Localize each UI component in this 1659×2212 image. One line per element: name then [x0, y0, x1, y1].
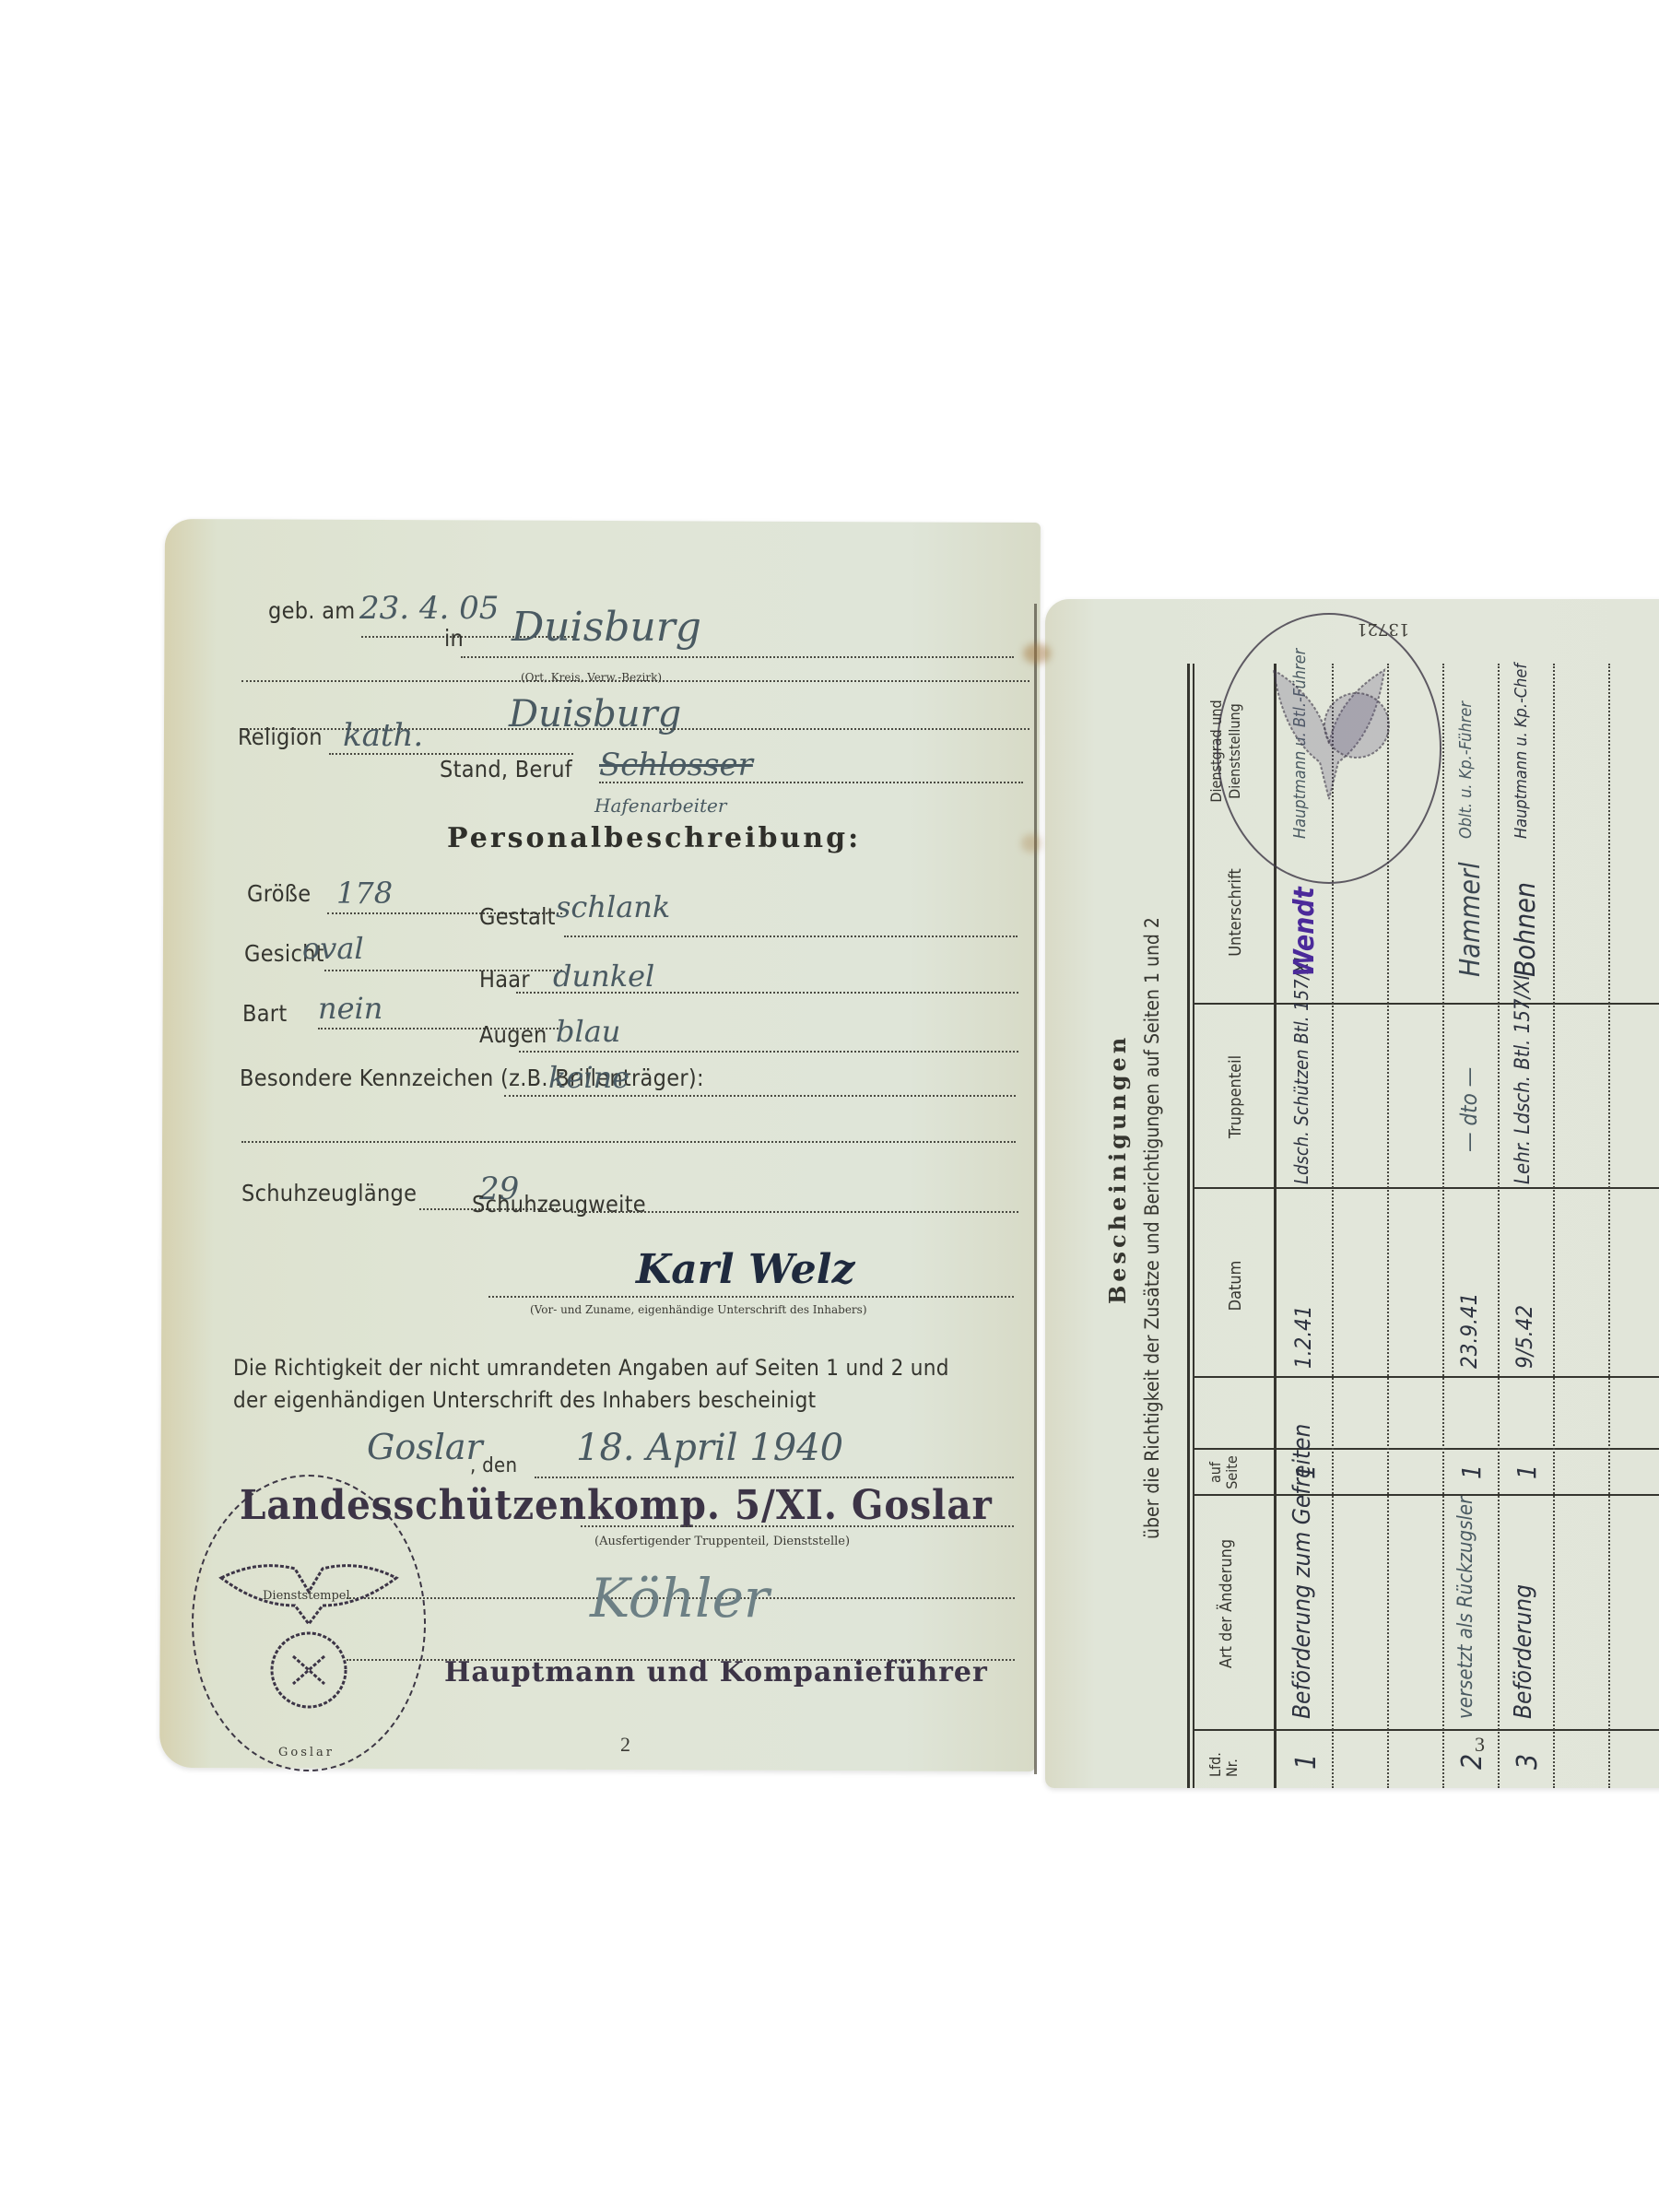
value-occupation-original: Schlosser — [599, 747, 753, 783]
column-divider — [1193, 1448, 1659, 1450]
label-eyes: Augen — [479, 1021, 547, 1048]
certification-text-2: der eigenhändigen Unterschrift des Inhab… — [233, 1387, 816, 1413]
row-line — [1498, 664, 1500, 1788]
label-shoe-length: Schuhzeuglänge — [241, 1180, 417, 1206]
col-header-nr: Lfd. Nr. — [1207, 1740, 1241, 1777]
issue-date: 18. April 1940 — [576, 1427, 843, 1469]
row2-signature: Hammerl — [1454, 862, 1487, 977]
value-build: schlank — [556, 889, 670, 924]
page-number-right: 3 — [1475, 1733, 1485, 1757]
eagle-emblem-icon — [194, 1477, 424, 1770]
seal-bottom-text: Goslar — [278, 1746, 335, 1759]
row-line — [1608, 664, 1610, 1788]
value-beard: nein — [318, 991, 382, 1026]
table-title: Bescheinigungen — [1104, 1034, 1131, 1304]
row1-signature: Wendt — [1288, 887, 1321, 977]
book-spine — [1034, 604, 1037, 1774]
value-height: 178 — [336, 876, 393, 911]
description-heading: Personalbeschreibung: — [447, 822, 861, 854]
label-beard: Bart — [242, 1000, 287, 1027]
value-born-in: Duisburg — [512, 604, 701, 651]
value-hair: dunkel — [553, 959, 654, 994]
label-occupation: Stand, Beruf — [440, 756, 572, 782]
row1-nr: 1 — [1290, 1754, 1323, 1770]
dotted-line — [488, 1296, 1014, 1298]
dotted-line — [519, 1051, 1018, 1053]
row2-date: 23.9.41 — [1456, 1293, 1482, 1369]
row2-change: versetzt als Rückzugsler — [1454, 1497, 1477, 1719]
label-religion: Religion — [238, 724, 323, 750]
eagle-emblem-icon — [1218, 615, 1440, 882]
column-divider — [1193, 1003, 1659, 1005]
col-header-date: Datum — [1226, 1198, 1245, 1373]
row-line — [1553, 664, 1555, 1788]
label-special-marks: Besondere Kennzeichen (z.B. Brillenträge… — [240, 1065, 704, 1091]
label-build: Gestalt — [479, 903, 556, 930]
row-line — [1442, 664, 1444, 1788]
table-subtitle: über die Richtigkeit der Zusätze und Ber… — [1141, 917, 1163, 1539]
column-divider — [1193, 1494, 1659, 1496]
value-occupation: Hafenarbeiter — [594, 794, 726, 817]
dotted-line — [535, 1477, 1014, 1478]
rust-stain — [1021, 834, 1041, 853]
officer-signature: Köhler — [590, 1567, 770, 1630]
holder-signature-caption: (Vor- und Zuname, eigenhändige Unterschr… — [530, 1303, 867, 1316]
value-special-marks: keine — [548, 1060, 629, 1095]
dotted-line — [504, 1095, 1016, 1097]
label-born-in: in — [444, 625, 464, 652]
rust-stain — [1023, 643, 1051, 664]
seal-label: Dienststempel — [263, 1589, 350, 1603]
row1-page: 1 — [1290, 1465, 1321, 1479]
dotted-line — [564, 935, 1018, 937]
issue-place: Goslar — [367, 1427, 483, 1467]
seal-code: 13721 — [1357, 619, 1409, 639]
row3-unit: Lehr. Ldsch. Btl. 157/XI — [1512, 974, 1535, 1184]
row1-date: 1.2.41 — [1290, 1305, 1316, 1369]
row3-page: 1 — [1512, 1465, 1542, 1479]
col-header-unit: Truppenteil — [1226, 1009, 1245, 1184]
row2-page: 1 — [1456, 1465, 1487, 1479]
label-born-on: geb. am — [268, 597, 355, 624]
table-border — [1187, 664, 1190, 1788]
label-height: Größe — [247, 880, 311, 907]
issue-den: , den — [470, 1454, 517, 1477]
dotted-line — [241, 1141, 1016, 1143]
column-divider — [1193, 1376, 1659, 1378]
row1-unit: Ldsch. Schützen Btl. 157/XI — [1290, 958, 1312, 1184]
officer-stamp: Hauptmann und Kompanieführer — [444, 1656, 988, 1688]
label-shoe-width: Schuhzeugweite — [472, 1191, 646, 1218]
column-divider — [1193, 1729, 1659, 1731]
row3-change: Beförderung — [1510, 1584, 1537, 1719]
dotted-line — [571, 1211, 1018, 1213]
table-border — [1193, 664, 1194, 1788]
field-post-seal: 13721 — [1217, 613, 1441, 884]
row2-rank: Oblt. u. Kp.-Führer — [1456, 701, 1476, 839]
value-born-on: 23. 4. 05 — [359, 590, 499, 627]
unit-caption: (Ausfertigender Truppenteil, Dienststell… — [594, 1535, 850, 1548]
row3-rank: Hauptmann u. Kp.-Chef — [1512, 664, 1531, 839]
value-eyes: blau — [556, 1014, 620, 1049]
place-note: (Ort, Kreis, Verw.-Bezirk) — [521, 671, 662, 684]
page-number: 2 — [620, 1733, 630, 1757]
certification-text-1: Die Richtigkeit der nicht umrandeten Ang… — [233, 1355, 949, 1381]
dotted-line — [461, 656, 1014, 658]
row3-nr: 3 — [1512, 1754, 1544, 1770]
official-seal: Dienststempel Goslar — [192, 1475, 426, 1771]
column-divider — [1193, 1187, 1659, 1189]
label-hair: Haar — [479, 966, 530, 993]
row3-signature: Bohnen — [1510, 882, 1542, 977]
row2-unit: — dto — — [1456, 1067, 1482, 1152]
value-face: oval — [302, 931, 364, 966]
col-header-page: auf Seite — [1207, 1452, 1241, 1493]
dotted-line — [581, 1525, 1014, 1527]
value-religion: kath. — [343, 717, 423, 754]
holder-signature: Karl Welz — [636, 1246, 855, 1293]
col-header-change: Art der Änderung — [1217, 1530, 1237, 1677]
row3-date: 9/5.42 — [1512, 1305, 1537, 1369]
